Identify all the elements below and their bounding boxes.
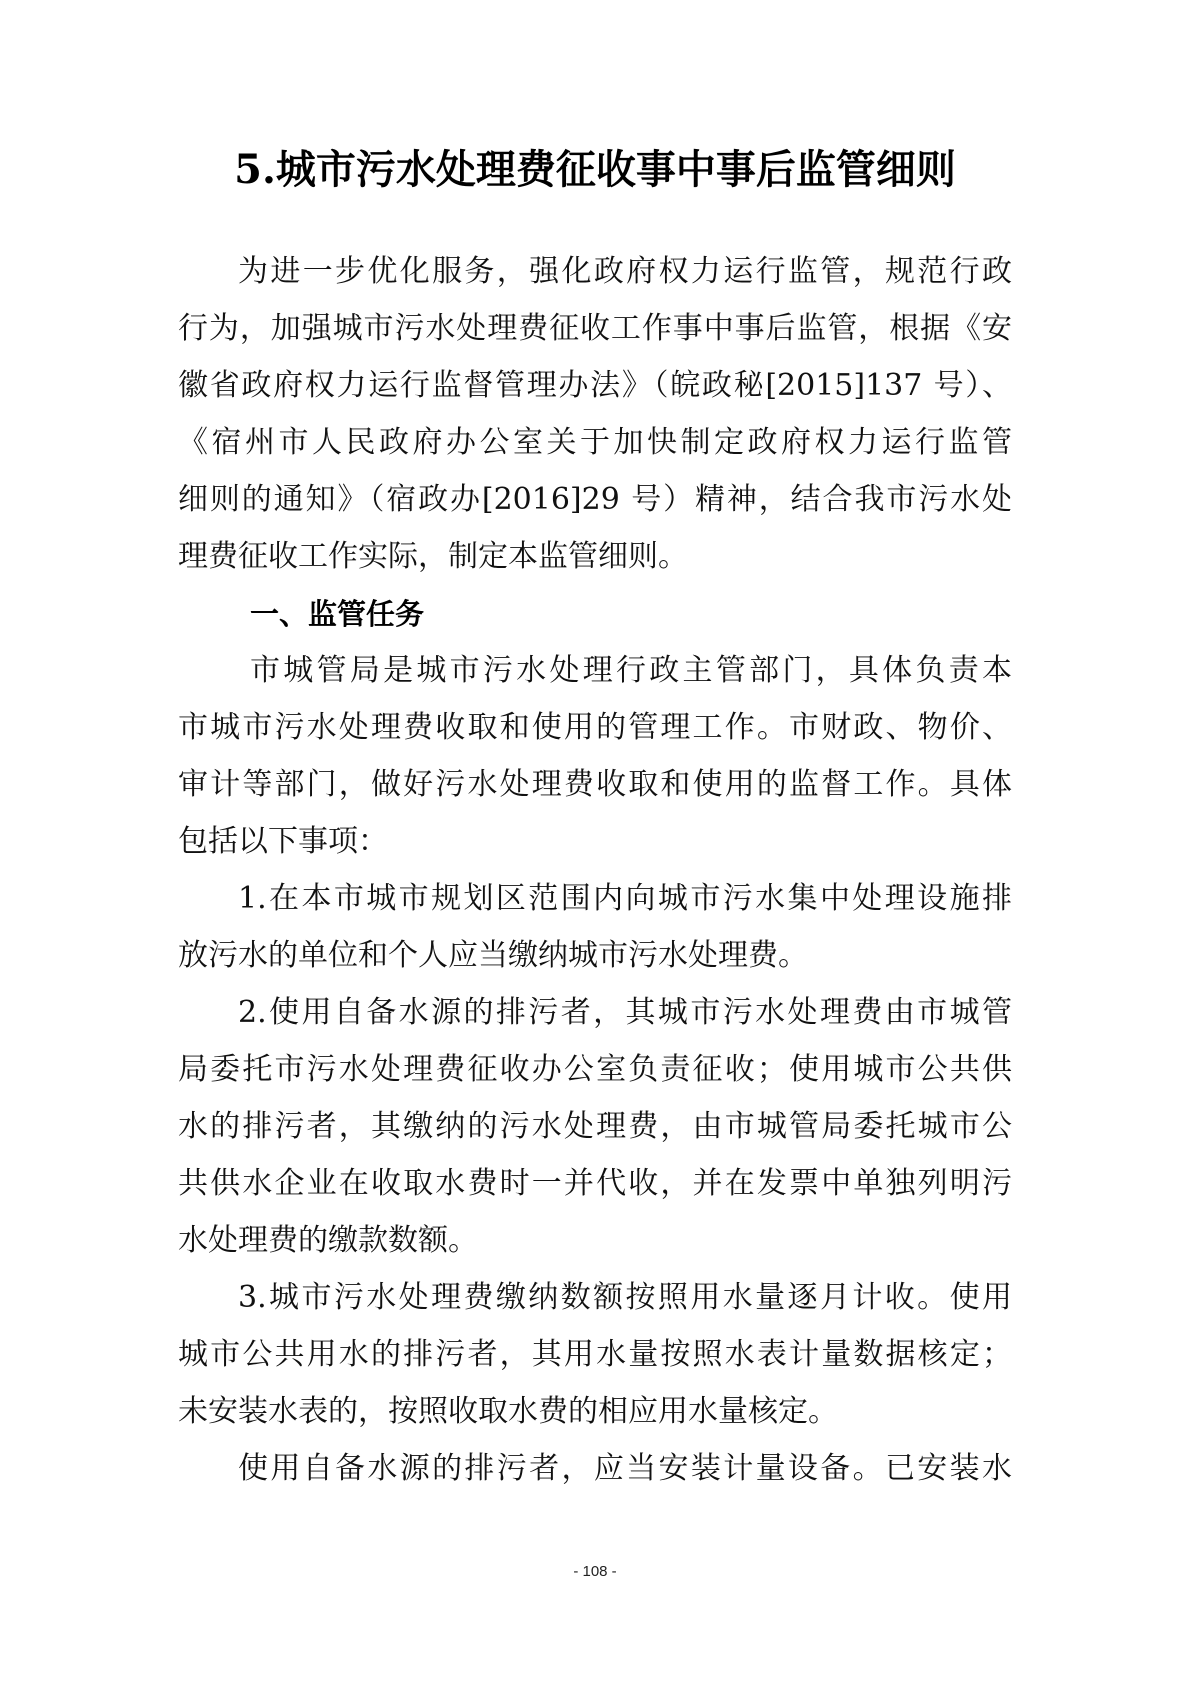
paragraph-line: 行为，加强城市污水处理费征收工作事中事后监管，根据《安 (178, 309, 1012, 349)
paragraph-line: 《宿州市人民政府办公室关于加快制定政府权力运行监管 (178, 423, 1012, 463)
paragraph-line: 徽省政府权力运行监督管理办法》（皖政秘[2015]137 号）、 (178, 366, 1012, 406)
paragraph-line: 审计等部门，做好污水处理费收取和使用的监督工作。具体 (178, 765, 1012, 805)
paragraph-line: 1.在本市城市规划区范围内向城市污水集中处理设施排 (238, 879, 1012, 919)
section-heading: 一、监管任务 (250, 594, 424, 634)
paragraph-line: 为进一步优化服务，强化政府权力运行监管，规范行政 (238, 252, 1012, 292)
paragraph-line: 细则的通知》（宿政办[2016]29 号）精神，结合我市污水处 (178, 480, 1012, 520)
document-title: 5.城市污水处理费征收事中事后监管细则 (0, 140, 1190, 200)
document-page: 5.城市污水处理费征收事中事后监管细则 为进一步优化服务，强化政府权力运行监管，… (0, 0, 1190, 1683)
paragraph-line: 未安装水表的，按照收取水费的相应用水量核定。 (178, 1392, 1012, 1432)
paragraph-line: 城市公共用水的排污者，其用水量按照水表计量数据核定； (178, 1335, 1012, 1375)
paragraph-line: 市城市污水处理费收取和使用的管理工作。市财政、物价、 (178, 708, 1012, 748)
paragraph-line: 水处理费的缴款数额。 (178, 1221, 1012, 1261)
paragraph-line: 共供水企业在收取水费时一并代收，并在发票中单独列明污 (178, 1164, 1012, 1204)
paragraph-line: 包括以下事项： (178, 822, 1012, 862)
paragraph-line: 局委托市污水处理费征收办公室负责征收；使用城市公共供 (178, 1050, 1012, 1090)
paragraph-line: 2.使用自备水源的排污者，其城市污水处理费由市城管 (238, 993, 1012, 1033)
paragraph-line: 放污水的单位和个人应当缴纳城市污水处理费。 (178, 936, 1012, 976)
paragraph-line: 理费征收工作实际，制定本监管细则。 (178, 537, 1012, 577)
paragraph-line: 3.城市污水处理费缴纳数额按照用水量逐月计收。使用 (238, 1278, 1012, 1318)
paragraph-line: 市城管局是城市污水处理行政主管部门，具体负责本 (250, 651, 1012, 691)
paragraph-line: 使用自备水源的排污者，应当安装计量设备。已安装水 (238, 1449, 1012, 1489)
paragraph-line: 水的排污者，其缴纳的污水处理费，由市城管局委托城市公 (178, 1107, 1012, 1147)
page-number: - 108 - (0, 1563, 1190, 1580)
